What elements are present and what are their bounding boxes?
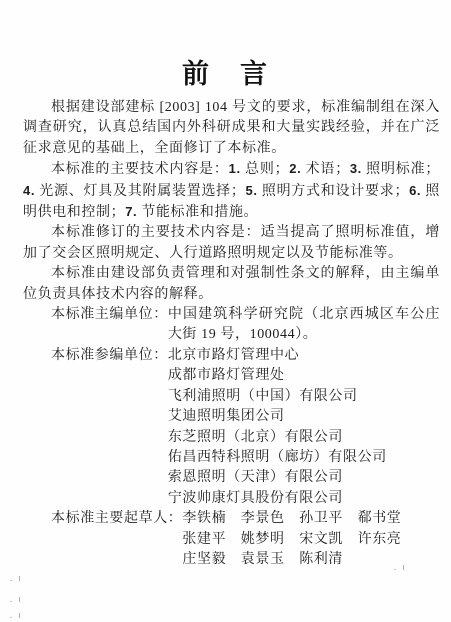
tech-item-number: 2. [289,161,301,176]
tech-item-number: 6. [409,183,421,198]
paragraph-tech-contents: 本标准的主要技术内容是：1. 总则；2. 术语；3. 照明标准；4. 光源、灯具… [23,159,440,223]
drafters-section: 本标准主要起草人： 李铁楠 李景色 孙卫平 郗书堂 张建平 姚梦明 宋文凯 许东… [23,509,440,570]
chief-editor-section: 本标准主编单位： 中国建筑科学研究院（北京西城区车公庄大街 19 号，10004… [23,305,440,346]
tech-item-number: 5. [246,183,258,198]
tech-item-text: 光源、灯具及其附属装置选择； [39,184,245,199]
scan-artifact: . ǀ [9,597,22,604]
participant-unit: 索恩照明（天津）有限公司 [168,468,440,488]
drafters-label: 本标准主要起草人： [51,509,182,529]
document-page: 前 言 根据建设部建标 [2003] 104 号文的要求，标准编制组在深入调查研… [0,0,451,622]
document-body: 根据建设部建标 [2003] 104 号文的要求，标准编制组在深入调查研究，认真… [23,98,440,570]
tech-item-text: 照明标准； [366,162,440,177]
drafters-row: 张建平 姚梦明 宋文凯 许东亮 [182,530,440,550]
participant-unit: 佑昌西特科照明（廊坊）有限公司 [168,448,440,468]
participant-unit: 东芝照明（北京）有限公司 [168,428,440,448]
tech-item-number: 4. [23,183,35,198]
tech-item-number: 1. [229,161,241,176]
participant-unit: 宁波帅康灯具股份有限公司 [168,489,440,509]
page-title: 前 言 [0,0,451,91]
tech-contents-lead: 本标准的主要技术内容是： [51,162,229,177]
chief-editor-value: 中国建筑科学研究院（北京西城区车公庄大街 19 号，100044）。 [168,305,440,346]
tech-item-text: 节能标准和措施。 [141,205,258,220]
scan-artifact: . ǀ [393,565,406,572]
participant-unit: 成都市路灯管理处 [168,366,440,386]
tech-item-number: 7. [125,204,137,219]
paragraph-revision: 本标准修订的主要技术内容是：适当提高了照明标准值，增加了交会区照明规定、人行道路… [23,223,440,264]
scan-artifact: . ǀ [9,613,22,620]
participant-unit: 北京市路灯管理中心 [168,346,440,366]
paragraph-intro: 根据建设部建标 [2003] 104 号文的要求，标准编制组在深入调查研究，认真… [23,98,440,159]
participants-list: 北京市路灯管理中心 成都市路灯管理处 飞利浦照明（中国）有限公司 艾迪照明集团公… [168,346,440,509]
participant-unit: 飞利浦照明（中国）有限公司 [168,387,440,407]
drafters-list: 李铁楠 李景色 孙卫平 郗书堂 张建平 姚梦明 宋文凯 许东亮 庄坚毅 袁景玉 … [182,509,440,570]
scan-artifact: . ǀ [9,576,22,583]
participant-unit: 艾迪照明集团公司 [168,407,440,427]
paragraph-management: 本标准由建设部负责管理和对强制性条文的解释，由主编单位负责具体技术内容的解释。 [23,264,440,305]
tech-item-text: 照明方式和设计要求； [262,184,409,199]
drafters-row: 李铁楠 李景色 孙卫平 郗书堂 [182,509,440,529]
tech-item-number: 3. [350,161,362,176]
chief-editor-label: 本标准主编单位： [51,305,168,325]
participants-section: 本标准参编单位： 北京市路灯管理中心 成都市路灯管理处 飞利浦照明（中国）有限公… [23,346,440,509]
participants-label: 本标准参编单位： [51,346,168,366]
tech-item-text: 术语； [306,162,350,177]
tech-item-text: 总则； [245,162,289,177]
